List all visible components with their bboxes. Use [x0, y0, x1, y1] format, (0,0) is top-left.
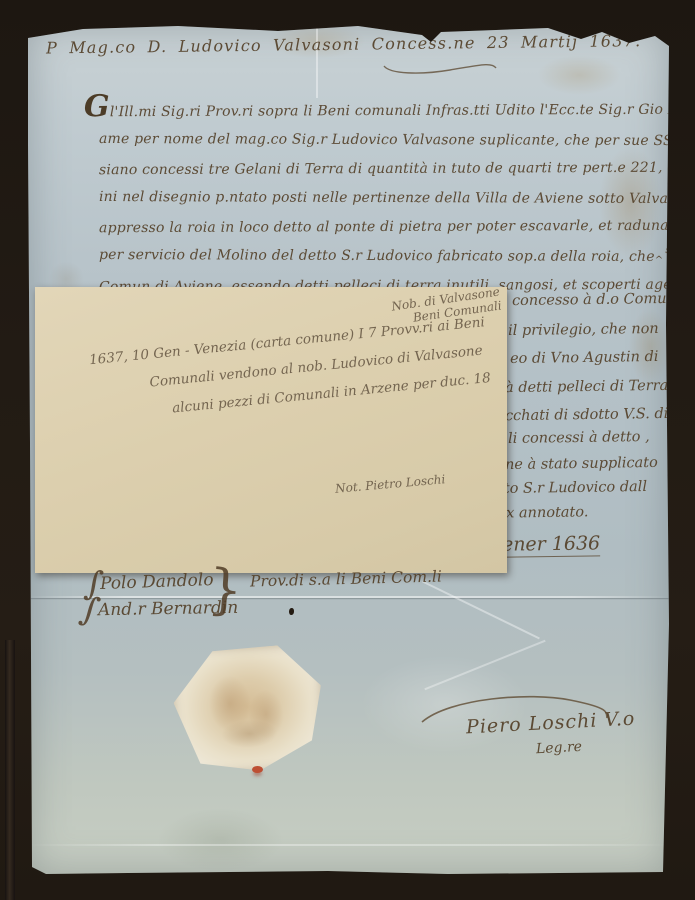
date-underline-flourish — [380, 60, 500, 76]
insertion-caret-mark: ^ — [655, 255, 664, 266]
covered-line-fragment: eo di Vno Agustin di — [510, 349, 659, 367]
covered-line-fragment: cchati di sdotto V.S. di.o — [505, 406, 682, 424]
covered-line-fragment: il privilegio, che non — [508, 321, 659, 339]
covered-line-fragment: li concessi à detto , — [508, 429, 650, 447]
red-wax-dot — [252, 766, 263, 773]
fold-crease-horizontal — [28, 596, 669, 598]
fold-crease-horizontal-lower — [28, 844, 669, 846]
wax-seal-paper-hexagon — [171, 643, 325, 775]
main-paragraph: Gl'Ill.mi Sig.ri Prov.ri sopra li Beni c… — [84, 91, 680, 301]
paragraph-line-text: per servicio del Molino del detto S.r Lu… — [99, 247, 655, 265]
paragraph-line-with-insertion: per servicio del Molino del detto S.r Lu… — [84, 241, 680, 273]
fold-crease-diagonal-1 — [422, 581, 540, 640]
secretary-title: Leg.re — [536, 739, 583, 757]
parchment-document: P Mag.co D. Ludovico Valvasoni Concess.n… — [28, 24, 669, 874]
signatories-office-label: Prov.di s.a li Beni Com.li — [250, 567, 442, 590]
brace-mark-right: } — [206, 557, 245, 622]
covered-line-fragment: concesso à d.o Comun — [512, 291, 676, 309]
paragraph-line: ame per nome del mag.co Sig.r Ludovico V… — [84, 125, 680, 156]
note-summary-text: 1637, 10 Gen - Venezia (carta comune) I … — [88, 308, 494, 430]
date-fragment-1636: ener 1636 — [502, 532, 601, 557]
paper-hole-speck — [289, 608, 294, 615]
photo-backdrop: P Mag.co D. Ludovico Valvasoni Concess.n… — [0, 0, 695, 900]
address-docket-line: P Mag.co D. Ludovico Valvasoni Concess.n… — [46, 32, 611, 58]
signature-name-1: Polo Dandolo — [100, 570, 214, 594]
fold-crease-diagonal-2 — [424, 640, 545, 691]
backdrop-cloth-fold — [5, 640, 15, 900]
covered-line-fragment: tto S.r Ludovico dall — [498, 479, 647, 497]
paragraph-line: appresso la roia in loco detto al ponte … — [84, 212, 680, 244]
covered-line-fragment: yx annotato. — [498, 504, 589, 521]
covered-line-fragment: à detti pelleci di Terra — [505, 378, 668, 396]
secretary-signature: Piero Loschi V.o — [466, 708, 636, 739]
pasted-archivist-note: Nob. di Valvasone Beni Comunali 1637, 10… — [35, 287, 507, 573]
paragraph-line: siano concessi tre Gelani di Terra di qu… — [84, 154, 680, 186]
seal-impression-mottle — [171, 643, 325, 775]
inserted-word: serve — [665, 244, 695, 256]
paragraph-line: ini nel disegnio p.ntato posti nelle per… — [84, 183, 680, 214]
note-notary-line: Not. Pietro Loschi — [335, 472, 446, 496]
covered-line-fragment: ne à stato supplicato — [505, 455, 658, 473]
paragraph-line: Gl'Ill.mi Sig.ri Prov.ri sopra li Beni c… — [84, 90, 680, 128]
